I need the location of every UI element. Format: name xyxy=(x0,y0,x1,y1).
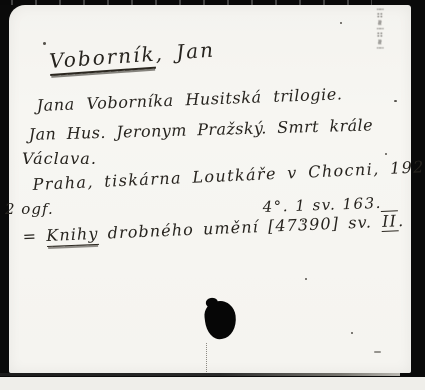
illegible-vertical-stamp: ⁞∷≈⁞∷≈⁞ xyxy=(366,8,384,128)
dust-speck xyxy=(120,55,122,57)
volume-roman-numeral: II xyxy=(381,210,399,232)
title-line-3: Václava. xyxy=(22,150,97,168)
card-bottom-edge xyxy=(0,373,400,376)
author-forename: , Jan xyxy=(155,37,216,65)
dust-speck xyxy=(394,100,397,102)
series-equals-sign: = xyxy=(22,226,46,246)
dust-speck xyxy=(43,42,46,45)
margin-note: 2 ogf. xyxy=(5,201,54,218)
dust-speck xyxy=(351,332,353,334)
accession-number: 47390 xyxy=(275,214,332,235)
series-title: Knihy xyxy=(46,224,99,247)
next-card-edge xyxy=(0,377,425,390)
dust-speck xyxy=(385,153,387,155)
scanned-catalog-card-page: Voborník, Jan Jana Voborníka Husitská tr… xyxy=(0,0,425,390)
dust-speck xyxy=(302,220,304,222)
series-after-text: ] sv. xyxy=(331,212,381,233)
smudge-mark xyxy=(374,351,381,353)
dust-speck xyxy=(340,22,342,24)
dust-speck xyxy=(305,278,307,280)
series-final-period: . xyxy=(398,211,405,230)
ink-drip-dotted-line xyxy=(206,343,207,374)
